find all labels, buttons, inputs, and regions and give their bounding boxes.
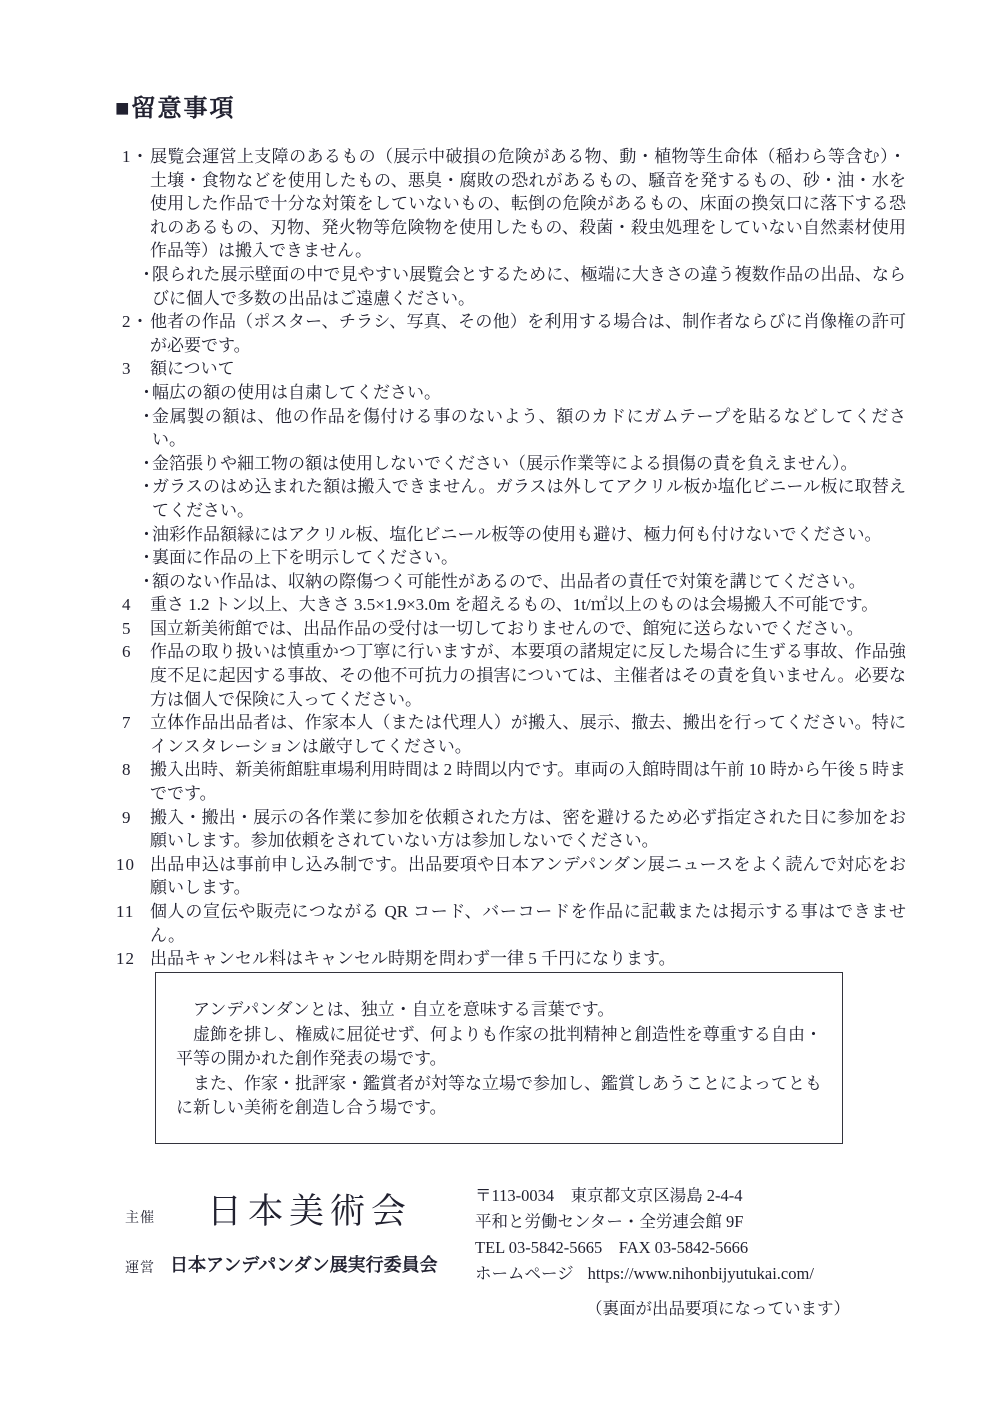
homepage-line: ホームページhttps://www.nihonbijyutukai.com/ [475, 1261, 814, 1287]
note-text: 展覧会運営上支障のあるもの（展示中破損の危険がある物、動・植物等生命体（稲わら等… [150, 147, 906, 260]
note-subitem: ・金属製の額は、他の作品を傷付ける事のないよう、額のカドにガムテープを貼るなどし… [138, 405, 906, 452]
note-number: 7 [122, 711, 150, 735]
operator-name: 日本アンデパンダン展実行委員会 [170, 1251, 438, 1277]
document-page: ■留意事項 1・展覧会運営上支障のあるもの（展示中破損の危険がある物、動・植物等… [0, 0, 1000, 1414]
note-subtext: ガラスのはめ込まれた額は搬入できません。ガラスは外してアクリル板か塩化ビニール板… [152, 477, 906, 520]
organizer-label: 主催 [125, 1207, 155, 1227]
square-bullet-icon: ■ [115, 95, 132, 123]
note-text: 国立新美術館では、出品作品の受付は一切しておりませんので、館宛に送らないでくださ… [150, 619, 864, 638]
note-number: 5 [122, 617, 150, 641]
note-item: 3額について [122, 357, 906, 381]
building-name: 平和と労働センター・全労連会館 9F [475, 1209, 814, 1235]
note-subitem: ・金箔張りや細工物の額は使用しないでください（展示作業等による損傷の責を負えませ… [138, 452, 906, 476]
box-paragraph: アンデパンダンとは、独立・自立を意味する言葉です。 [176, 998, 822, 1023]
note-item: 5国立新美術館では、出品作品の受付は一切しておりませんので、館宛に送らないでくだ… [122, 617, 906, 641]
postal-address: 〒113-0034 東京都文京区湯島 2-4-4 [475, 1183, 814, 1209]
note-text: 搬入出時、新美術館駐車場利用時間は 2 時間以内です。車両の入館時間は午前 10… [150, 760, 906, 803]
operator-label: 運営 [125, 1257, 155, 1277]
note-number: 2・ [122, 310, 150, 334]
note-text: 重さ 1.2 トン以上、大きさ 3.5×1.9×3.0m を超えるもの、1t/㎡… [150, 595, 878, 614]
note-item: 9搬入・搬出・展示の各作業に参加を依頼された方は、密を避けるため必ず指定された日… [122, 806, 906, 853]
note-text: 他者の作品（ポスター、チラシ、写真、その他）を利用する場合は、制作者ならびに肖像… [150, 312, 906, 355]
note-item: 1・展覧会運営上支障のあるもの（展示中破損の危険がある物、動・植物等生命体（稲わ… [122, 145, 906, 263]
note-text: 出品キャンセル料はキャンセル時期を問わず一律 5 千円になります。 [150, 949, 676, 968]
note-subitem: ・ガラスのはめ込まれた額は搬入できません。ガラスは外してアクリル板か塩化ビニール… [138, 475, 906, 522]
organizer-name: 日本美術会 [207, 1184, 412, 1234]
bullet-icon: ・ [138, 546, 155, 570]
note-number: 1・ [122, 145, 150, 169]
note-subitem: ・限られた展示壁面の中で見やすい展覧会とするために、極端に大きさの違う複数作品の… [138, 263, 906, 310]
note-text: 個人の宣伝や販売につながる QR コード、バーコードを作品に記載または掲示する事… [150, 902, 906, 945]
note-text: 搬入・搬出・展示の各作業に参加を依頼された方は、密を避けるため必ず指定された日に… [150, 808, 906, 851]
page-title-text: 留意事項 [132, 95, 236, 122]
homepage-url: https://www.nihonbijyutukai.com/ [588, 1264, 814, 1283]
homepage-label: ホームページ [475, 1264, 574, 1283]
bullet-icon: ・ [138, 475, 155, 499]
note-item: 12出品キャンセル料はキャンセル時期を問わず一律 5 千円になります。 [122, 947, 906, 971]
note-subtext: 限られた展示壁面の中で見やすい展覧会とするために、極端に大きさの違う複数作品の出… [152, 265, 906, 308]
bullet-icon: ・ [138, 523, 155, 547]
bullet-icon: ・ [138, 381, 155, 405]
note-text: 出品申込は事前申し込み制です。出品要項や日本アンデパンダン展ニュースをよく読んで… [150, 855, 906, 898]
note-item: 7立体作品出品者は、作家本人（または代理人）が搬入、展示、撤去、搬出を行ってくだ… [122, 711, 906, 758]
note-number: 6 [122, 640, 150, 664]
notes-list: 1・展覧会運営上支障のあるもの（展示中破損の危険がある物、動・植物等生命体（稲わ… [122, 145, 906, 971]
note-subitem: ・裏面に作品の上下を明示してください。 [138, 546, 906, 570]
note-item: 8搬入出時、新美術館駐車場利用時間は 2 時間以内です。車両の入館時間は午前 1… [122, 758, 906, 805]
note-item: 4重さ 1.2 トン以上、大きさ 3.5×1.9×3.0m を超えるもの、1t/… [122, 593, 906, 617]
note-number: 11 [116, 900, 150, 924]
note-subitem: ・油彩作品額縁にはアクリル板、塩化ビニール板等の使用も避け、極力何も付けないでく… [138, 523, 906, 547]
note-item: 10出品申込は事前申し込み制です。出品要項や日本アンデパンダン展ニュースをよく読… [122, 853, 906, 900]
bullet-icon: ・ [138, 452, 155, 476]
note-item: 6作品の取り扱いは慎重かつ丁寧に行いますが、本要項の諸規定に反した場合に生ずる事… [122, 640, 906, 711]
page-title: ■留意事項 [115, 88, 236, 123]
note-subitem: ・幅広の額の使用は自粛してください。 [138, 381, 906, 405]
note-number: 12 [116, 947, 150, 971]
bullet-icon: ・ [138, 570, 155, 594]
note-item: 11個人の宣伝や販売につながる QR コード、バーコードを作品に記載または掲示す… [122, 900, 906, 947]
contact-block: 〒113-0034 東京都文京区湯島 2-4-4 平和と労働センター・全労連会館… [475, 1183, 814, 1287]
note-subtext: 裏面に作品の上下を明示してください。 [152, 548, 458, 567]
box-paragraph: 虚飾を排し、権威に屈従せず、何よりも作家の批判精神と創造性を尊重する自由・平等の… [176, 1023, 822, 1072]
note-item: 2・他者の作品（ポスター、チラシ、写真、その他）を利用する場合は、制作者ならびに… [122, 310, 906, 357]
note-number: 3 [122, 357, 150, 381]
note-number: 9 [122, 806, 150, 830]
note-text: 立体作品出品者は、作家本人（または代理人）が搬入、展示、撤去、搬出を行ってくださ… [150, 713, 906, 756]
note-number: 4 [122, 593, 150, 617]
box-paragraph: また、作家・批評家・鑑賞者が対等な立場で参加し、鑑賞しあうことによってともに新し… [176, 1072, 822, 1121]
note-subtext: 幅広の額の使用は自粛してください。 [152, 383, 441, 402]
note-number: 8 [122, 758, 150, 782]
bullet-icon: ・ [138, 405, 155, 429]
tel-fax: TEL 03-5842-5665 FAX 03-5842-5666 [475, 1235, 814, 1261]
note-text: 額について [150, 359, 235, 378]
note-subitem: ・額のない作品は、収納の際傷つく可能性があるので、出品者の責任で対策を講じてくだ… [138, 570, 906, 594]
note-number: 10 [116, 853, 150, 877]
back-side-note: （裏面が出品要項になっています） [586, 1295, 850, 1319]
note-text: 作品の取り扱いは慎重かつ丁寧に行いますが、本要項の諸規定に反した場合に生ずる事故… [150, 642, 906, 708]
note-subtext: 金箔張りや細工物の額は使用しないでください（展示作業等による損傷の責を負えません… [152, 454, 858, 473]
note-subtext: 金属製の額は、他の作品を傷付ける事のないよう、額のカドにガムテープを貼るなどして… [152, 407, 906, 450]
independant-description-box: アンデパンダンとは、独立・自立を意味する言葉です。 虚飾を排し、権威に屈従せず、… [155, 972, 843, 1144]
note-subtext: 額のない作品は、収納の際傷つく可能性があるので、出品者の責任で対策を講じてくださ… [152, 572, 866, 591]
bullet-icon: ・ [138, 263, 155, 287]
note-subtext: 油彩作品額縁にはアクリル板、塩化ビニール板等の使用も避け、極力何も付けないでくだ… [152, 525, 881, 544]
